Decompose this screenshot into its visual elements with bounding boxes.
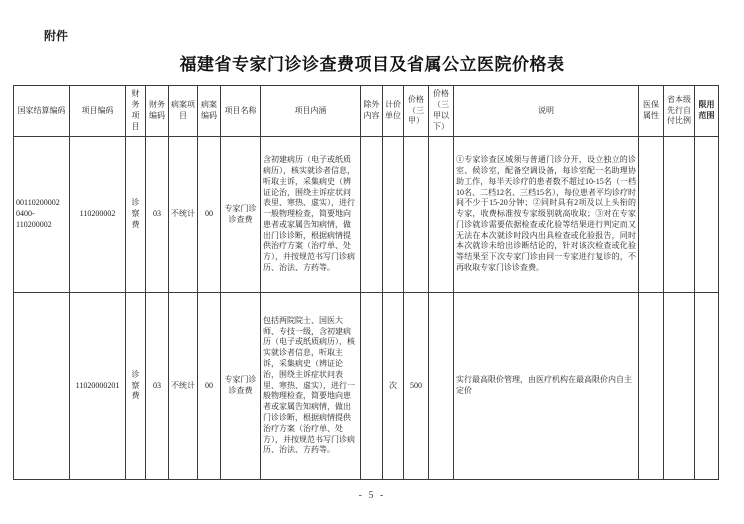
cell-insurance-attribute bbox=[639, 293, 664, 480]
page-number: - 5 - bbox=[0, 490, 744, 501]
header-usage-scope: 限用范围 bbox=[695, 86, 719, 137]
header-provincial-self-pay-ratio: 省本级先行自付比例 bbox=[664, 86, 695, 137]
cell-item-code: 110200002 bbox=[70, 137, 126, 293]
header-item-content: 项目内涵 bbox=[261, 86, 361, 137]
cell-case-item: 不统计 bbox=[169, 293, 198, 480]
header-pricing-unit: 计价单位 bbox=[383, 86, 404, 137]
cell-item-content: 含初建病历（电子或纸质病历），核实就诊者信息，听取主诉，采集病史（辨证论治，围绕… bbox=[261, 137, 361, 293]
header-item-code: 项目编码 bbox=[70, 86, 126, 137]
cell-finance-item: 诊察费 bbox=[126, 137, 146, 293]
cell-provincial-self-pay-ratio bbox=[664, 137, 695, 293]
header-insurance-attribute: 医保属性 bbox=[639, 86, 664, 137]
cell-exclusion bbox=[361, 137, 383, 293]
cell-provincial-self-pay-ratio bbox=[664, 293, 695, 480]
cell-item-name: 专家门诊诊查费 bbox=[221, 137, 261, 293]
cell-item-content: 包括两院院士、国医大师、专技一级，含初建病历（电子或纸质病历），核实就诊者信息，… bbox=[261, 293, 361, 480]
cell-item-code: 11020000201 bbox=[70, 293, 126, 480]
table-row: 11020000201 诊察费 03 不统计 00 专家门诊诊查费 包括两院院士… bbox=[14, 293, 719, 480]
cell-price-3a bbox=[404, 137, 429, 293]
header-item-name: 项目名称 bbox=[221, 86, 261, 137]
cell-pricing-unit: 次 bbox=[383, 293, 404, 480]
header-price-3a: 价格（三甲） bbox=[404, 86, 429, 137]
cell-description: 实行最高限价管理，由医疗机构在最高限价内自主定价 bbox=[454, 293, 639, 480]
header-finance-code: 财务编码 bbox=[146, 86, 169, 137]
page-title: 福建省专家门诊诊查费项目及省属公立医院价格表 bbox=[0, 50, 744, 75]
cell-case-code: 00 bbox=[198, 293, 221, 480]
cell-national-settlement-code: 00110200002 0400- 110200002 bbox=[14, 137, 70, 293]
cell-insurance-attribute bbox=[639, 137, 664, 293]
header-exclusion: 除外内容 bbox=[361, 86, 383, 137]
table-row: 00110200002 0400- 110200002 110200002 诊察… bbox=[14, 137, 719, 293]
price-table: 国家结算编码 项目编码 财务项目 财务编码 病案项目 病案编码 项目名称 项目内… bbox=[13, 85, 719, 480]
header-case-item: 病案项目 bbox=[169, 86, 198, 137]
cell-description: ①专家诊查区域须与普通门诊分开，设立独立的诊室、候诊室，配备空调设备，每诊室配一… bbox=[454, 137, 639, 293]
cell-exclusion bbox=[361, 293, 383, 480]
cell-finance-item: 诊察费 bbox=[126, 293, 146, 480]
cell-finance-code: 03 bbox=[146, 293, 169, 480]
header-row: 国家结算编码 项目编码 财务项目 财务编码 病案项目 病案编码 项目名称 项目内… bbox=[14, 86, 719, 137]
cell-case-code: 00 bbox=[198, 137, 221, 293]
cell-usage-scope bbox=[695, 293, 719, 480]
cell-price-3a: 500 bbox=[404, 293, 429, 480]
header-case-code: 病案编码 bbox=[198, 86, 221, 137]
header-price-below-3a: 价格（三甲以下） bbox=[429, 86, 454, 137]
cell-usage-scope bbox=[695, 137, 719, 293]
cell-price-below-3a bbox=[429, 293, 454, 480]
cell-price-below-3a bbox=[429, 137, 454, 293]
cell-finance-code: 03 bbox=[146, 137, 169, 293]
cell-item-name: 专家门诊诊查费 bbox=[221, 293, 261, 480]
header-description: 说明 bbox=[454, 86, 639, 137]
header-finance-item: 财务项目 bbox=[126, 86, 146, 137]
cell-pricing-unit bbox=[383, 137, 404, 293]
header-national-settlement-code: 国家结算编码 bbox=[14, 86, 70, 137]
cell-case-item: 不统计 bbox=[169, 137, 198, 293]
attachment-label: 附件 bbox=[44, 27, 68, 44]
cell-national-settlement-code bbox=[14, 293, 70, 480]
